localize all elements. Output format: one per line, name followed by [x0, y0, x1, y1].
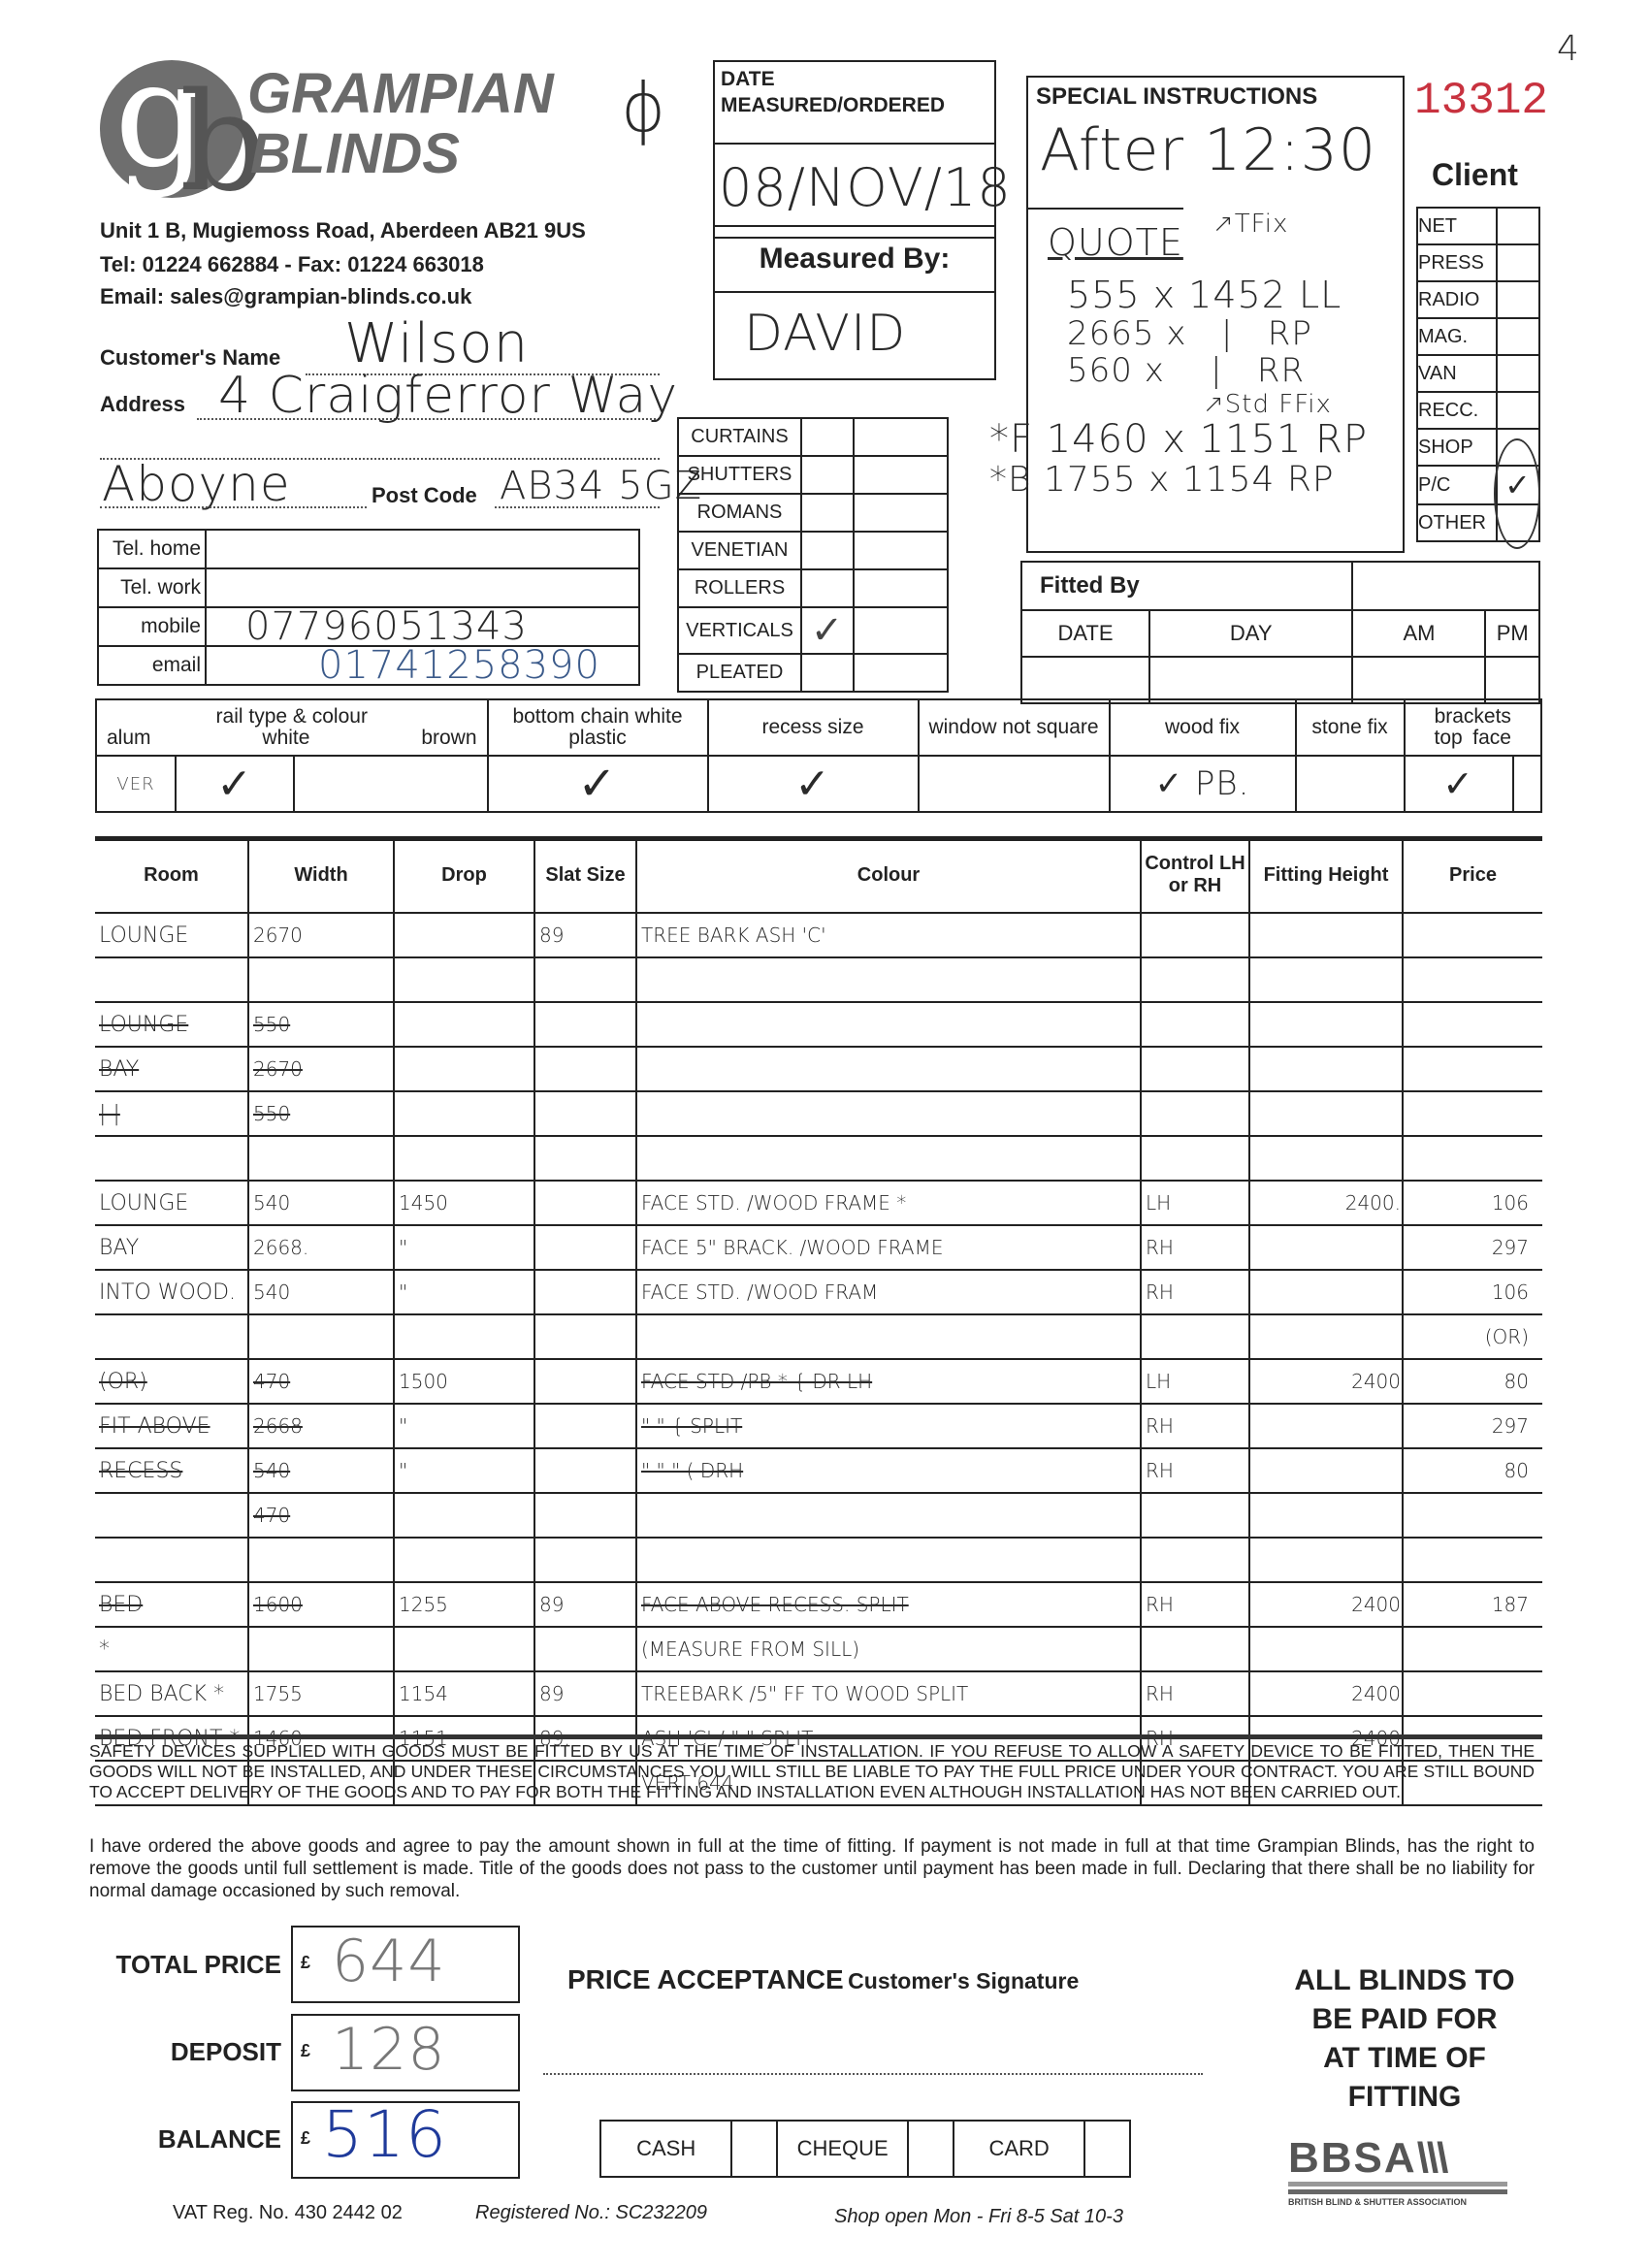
- client-radio-label: RADIO: [1417, 281, 1497, 318]
- colour-cell[interactable]: " " { SPLIT: [636, 1404, 1141, 1448]
- special-instructions-label: SPECIAL INSTRUCTIONS: [1028, 78, 1403, 116]
- slat-size-cell[interactable]: [534, 1225, 636, 1270]
- fitted-by-field[interactable]: [1352, 562, 1539, 610]
- notice-line: FITTING: [1230, 2078, 1579, 2117]
- slat-size-cell[interactable]: 89: [534, 913, 636, 957]
- fitting-height-cell[interactable]: [1249, 1047, 1403, 1091]
- product-verticals-box[interactable]: ✓: [801, 607, 854, 654]
- wood-fix-box[interactable]: ✓ PB.: [1110, 756, 1296, 812]
- brackets-header: brackets top face: [1405, 699, 1541, 756]
- client-pc-label: P/C: [1417, 466, 1497, 504]
- colour-cell[interactable]: [636, 1314, 1141, 1359]
- price-acceptance: PRICE ACCEPTANCE Customer's Signature: [567, 1964, 1079, 1995]
- rail-white-box[interactable]: ✓: [176, 756, 294, 812]
- drop-cell[interactable]: ": [394, 1270, 534, 1314]
- colour-cell[interactable]: FACE STD /PB * { DR LH: [636, 1359, 1141, 1404]
- product-shutters-label: SHUTTERS: [678, 456, 801, 494]
- slat-size-cell[interactable]: [534, 1538, 636, 1582]
- product-type-table: CURTAINS SHUTTERS ROMANS VENETIAN ROLLER…: [677, 417, 949, 693]
- colour-cell[interactable]: [636, 957, 1141, 1002]
- drop-cell[interactable]: 1500: [394, 1359, 534, 1404]
- drop-cell[interactable]: 1450: [394, 1181, 534, 1225]
- room-cell[interactable]: [95, 957, 248, 1002]
- colour-cell[interactable]: [636, 1002, 1141, 1047]
- note-line: ↗TFix: [1212, 210, 1288, 239]
- slat-size-cell[interactable]: [534, 1047, 636, 1091]
- client-press-label: PRESS: [1417, 244, 1497, 281]
- safety-terms: SAFETY DEVICES SUPPLIED WITH GOODS MUST …: [89, 1741, 1535, 1802]
- drop-cell[interactable]: 1255: [394, 1582, 534, 1627]
- room-cell[interactable]: [95, 1538, 248, 1582]
- fitting-height-cell[interactable]: [1249, 1002, 1403, 1047]
- width-cell[interactable]: 550: [248, 1002, 394, 1047]
- colour-cell[interactable]: " " " ( DRH: [636, 1448, 1141, 1493]
- colour-cell[interactable]: [636, 1047, 1141, 1091]
- slat-size-cell[interactable]: [534, 1181, 636, 1225]
- drop-cell[interactable]: [394, 913, 534, 957]
- width-cell[interactable]: 540: [248, 1448, 394, 1493]
- table-row: (OR)4701500FACE STD /PB * { DR LHLH24008…: [95, 1359, 1542, 1404]
- quote-label: QUOTE: [1048, 221, 1183, 264]
- product-shutters-box[interactable]: [801, 456, 854, 494]
- room-cell[interactable]: INTO WOOD.: [95, 1270, 248, 1314]
- customer-signature-label: Customer's Signature: [848, 1968, 1079, 1993]
- colour-cell[interactable]: FACE 5" BRACK. /WOOD FRAME: [636, 1225, 1141, 1270]
- room-cell[interactable]: LOUNGE: [95, 1181, 248, 1225]
- slat-size-cell[interactable]: [534, 1091, 636, 1136]
- fitting-height-cell[interactable]: 2400: [1249, 1671, 1403, 1716]
- table-row: [95, 1136, 1542, 1181]
- width-cell[interactable]: 470: [248, 1493, 394, 1538]
- payment-cash-box[interactable]: [731, 2121, 777, 2177]
- colour-cell[interactable]: FACE STD. /WOOD FRAME *: [636, 1181, 1141, 1225]
- drop-cell[interactable]: [394, 1538, 534, 1582]
- colour-cell[interactable]: [636, 1538, 1141, 1582]
- width-cell[interactable]: [248, 1136, 394, 1181]
- bottom-chain-box[interactable]: ✓: [488, 756, 708, 812]
- table-row: LOUNGE550: [95, 1002, 1542, 1047]
- control-cell[interactable]: RH: [1141, 1225, 1249, 1270]
- balance-value: 516: [322, 2097, 447, 2172]
- total-currency: £: [301, 1953, 310, 1973]
- slat-size-cell[interactable]: [534, 1270, 636, 1314]
- width-cell[interactable]: 2668.: [248, 1225, 394, 1270]
- special-instructions-notes[interactable]: QUOTE ↗TFix 555 x 1452 LL 2665 x | RP 56…: [1028, 210, 1403, 501]
- price-cell[interactable]: 80: [1403, 1448, 1542, 1493]
- slat-size-cell[interactable]: 89: [534, 1671, 636, 1716]
- address-line-2: [100, 506, 367, 508]
- fitting-height-cell[interactable]: [1249, 1225, 1403, 1270]
- control-cell[interactable]: RH: [1141, 1582, 1249, 1627]
- company-tel-fax: Tel: 01224 662884 - Fax: 01224 663018: [100, 252, 484, 277]
- company-email: Email: sales@grampian-blinds.co.uk: [100, 284, 471, 309]
- rail-white-label: white: [262, 728, 309, 749]
- slat-size-cell[interactable]: [534, 1136, 636, 1181]
- room-cell[interactable]: BAY: [95, 1047, 248, 1091]
- signature-line[interactable]: [543, 2073, 1203, 2075]
- note-line: ↗Std FFix: [1203, 390, 1332, 419]
- window-not-square-box[interactable]: [919, 756, 1110, 812]
- client-pc-circle: [1494, 438, 1540, 549]
- order-number: 13312: [1414, 76, 1548, 126]
- control-cell[interactable]: LH: [1141, 1359, 1249, 1404]
- note-line: *F 1460 x 1151 RP: [989, 417, 1368, 462]
- product-rollers-box[interactable]: [801, 569, 854, 607]
- deposit-box[interactable]: £ 128: [291, 2014, 520, 2091]
- room-cell[interactable]: [95, 1136, 248, 1181]
- table-row: LOUNGE267089TREE BARK ASH 'C': [95, 913, 1542, 957]
- fitting-height-cell[interactable]: [1249, 1091, 1403, 1136]
- postcode-field[interactable]: AB34 5GZ: [500, 464, 702, 508]
- client-mag-label: MAG.: [1417, 318, 1497, 355]
- order-table: Room Width Drop Slat Size Colour Control…: [95, 836, 1542, 1806]
- drop-cell[interactable]: [394, 1493, 534, 1538]
- client-van-box[interactable]: [1497, 355, 1539, 392]
- colour-cell[interactable]: (MEASURE FROM SILL): [636, 1627, 1141, 1671]
- width-cell[interactable]: 470: [248, 1359, 394, 1404]
- width-cell[interactable]: 540: [248, 1181, 394, 1225]
- control-cell[interactable]: LH: [1141, 1181, 1249, 1225]
- drop-cell[interactable]: ": [394, 1225, 534, 1270]
- price-cell[interactable]: [1403, 1671, 1542, 1716]
- drop-cell[interactable]: [394, 957, 534, 1002]
- date-box: DATE MEASURED/ORDERED 08/NOV/18: [713, 60, 996, 239]
- deposit-currency: £: [301, 2041, 310, 2061]
- control-cell[interactable]: RH: [1141, 1671, 1249, 1716]
- date-field[interactable]: 08/NOV/18: [715, 145, 994, 232]
- fitting-height-cell[interactable]: [1249, 1538, 1403, 1582]
- mobile-label: mobile: [98, 607, 206, 646]
- width-cell[interactable]: [248, 1314, 394, 1359]
- price-cell[interactable]: 187: [1403, 1582, 1542, 1627]
- total-price-label: TOTAL PRICE: [87, 1950, 281, 1980]
- table-row: | |550: [95, 1091, 1542, 1136]
- control-cell[interactable]: [1141, 1627, 1249, 1671]
- price-cell[interactable]: (OR): [1403, 1314, 1542, 1359]
- table-row: (OR): [95, 1314, 1542, 1359]
- slat-size-cell[interactable]: [534, 1359, 636, 1404]
- measured-by-field[interactable]: DAVID: [715, 293, 994, 374]
- notice-line: BE PAID FOR: [1230, 2000, 1579, 2039]
- product-curtains-label: CURTAINS: [678, 418, 801, 456]
- deposit-value: 128: [332, 2016, 446, 2084]
- fitted-am-field[interactable]: [1352, 657, 1485, 703]
- control-cell[interactable]: [1141, 957, 1249, 1002]
- fitting-height-cell[interactable]: [1249, 1136, 1403, 1181]
- price-cell[interactable]: 297: [1403, 1225, 1542, 1270]
- slat-size-cell[interactable]: [534, 1448, 636, 1493]
- room-cell[interactable]: [95, 1493, 248, 1538]
- width-cell[interactable]: 540: [248, 1270, 394, 1314]
- brackets-top-box[interactable]: ✓: [1405, 756, 1513, 812]
- slat-size-cell[interactable]: [534, 1404, 636, 1448]
- control-cell[interactable]: [1141, 1538, 1249, 1582]
- drop-cell[interactable]: [394, 1627, 534, 1671]
- price-cell[interactable]: [1403, 1047, 1542, 1091]
- price-cell[interactable]: [1403, 1493, 1542, 1538]
- note-line: 560 x | RR: [1067, 351, 1305, 390]
- room-cell[interactable]: [95, 1314, 248, 1359]
- email-label: email: [98, 646, 206, 685]
- fitted-am-label: AM: [1352, 610, 1485, 657]
- width-cell[interactable]: [248, 957, 394, 1002]
- product-venetian-label: VENETIAN: [678, 532, 801, 569]
- fitting-height-cell[interactable]: [1249, 1270, 1403, 1314]
- control-cell[interactable]: RH: [1141, 1270, 1249, 1314]
- price-cell[interactable]: [1403, 1627, 1542, 1671]
- fitted-date-field[interactable]: [1021, 657, 1149, 703]
- col-colour: Colour: [636, 837, 1141, 913]
- price-cell[interactable]: 106: [1403, 1270, 1542, 1314]
- agreement-terms: I have ordered the above goods and agree…: [89, 1835, 1535, 1902]
- price-cell[interactable]: 106: [1403, 1181, 1542, 1225]
- col-width: Width: [248, 837, 394, 913]
- room-cell[interactable]: BED: [95, 1582, 248, 1627]
- payment-cash-label: CASH: [600, 2121, 731, 2177]
- room-cell[interactable]: BED BACK *: [95, 1671, 248, 1716]
- product-pleated-label: PLEATED: [678, 654, 801, 692]
- payment-method-table: CASH CHEQUE CARD: [599, 2120, 1131, 2178]
- colour-cell[interactable]: TREE BARK ASH 'C': [636, 913, 1141, 957]
- price-cell[interactable]: [1403, 1002, 1542, 1047]
- address-label: Address: [100, 392, 185, 417]
- width-cell[interactable]: 2670: [248, 1047, 394, 1091]
- client-net-box[interactable]: [1497, 208, 1539, 244]
- postcode-label: Post Code: [372, 483, 477, 508]
- fitting-height-cell[interactable]: 2400.: [1249, 1181, 1403, 1225]
- bbsa-logo-text: BBSA\\\: [1288, 2139, 1507, 2178]
- drop-cell[interactable]: [394, 1314, 534, 1359]
- fitted-pm-field[interactable]: [1485, 657, 1539, 703]
- table-row: BAY2668."FACE 5" BRACK. /WOOD FRAMERH297: [95, 1225, 1542, 1270]
- control-cell[interactable]: RH: [1141, 1448, 1249, 1493]
- client-press-box[interactable]: [1497, 244, 1539, 281]
- table-row: INTO WOOD.540"FACE STD. /WOOD FRAMRH106: [95, 1270, 1542, 1314]
- brackets-face-label: face: [1472, 728, 1511, 749]
- contact-table: Tel. home Tel. work mobile 07796051343 e…: [97, 529, 640, 686]
- order-table-bottom-rule: [95, 1734, 1542, 1739]
- fitting-height-cell[interactable]: [1249, 913, 1403, 957]
- special-instructions-time[interactable]: After 12:30: [1028, 116, 1403, 184]
- options-table: rail type & colour alum white brown bott…: [95, 698, 1542, 813]
- brackets-face-box[interactable]: [1513, 756, 1541, 812]
- price-cell[interactable]: 297: [1403, 1404, 1542, 1448]
- price-cell[interactable]: [1403, 1091, 1542, 1136]
- price-cell[interactable]: [1403, 957, 1542, 1002]
- price-cell[interactable]: [1403, 913, 1542, 957]
- colour-cell[interactable]: [636, 1091, 1141, 1136]
- width-cell[interactable]: 1600: [248, 1582, 394, 1627]
- registered-number: Registered No.: SC232209: [475, 2202, 707, 2224]
- slat-size-cell[interactable]: [534, 957, 636, 1002]
- room-cell[interactable]: | |: [95, 1091, 248, 1136]
- balance-label: BALANCE: [87, 2124, 281, 2155]
- colour-cell[interactable]: FACE ABOVE RECESS. SPLIT: [636, 1582, 1141, 1627]
- payment-card-label: CARD: [954, 2121, 1084, 2177]
- balance-box[interactable]: £ 516: [291, 2101, 520, 2179]
- page-number: 4: [1557, 29, 1580, 69]
- tel-work-label: Tel. work: [98, 568, 206, 607]
- colour-cell[interactable]: [636, 1493, 1141, 1538]
- product-verticals-label: VERTICALS: [678, 607, 801, 654]
- client-shop-label: SHOP: [1417, 429, 1497, 466]
- fitting-height-cell[interactable]: [1249, 1314, 1403, 1359]
- fitting-height-cell[interactable]: [1249, 1448, 1403, 1493]
- drop-cell[interactable]: 1154: [394, 1671, 534, 1716]
- width-cell[interactable]: 1755: [248, 1671, 394, 1716]
- product-venetian-box[interactable]: [801, 532, 854, 569]
- deposit-label: DEPOSIT: [87, 2037, 281, 2067]
- control-cell[interactable]: [1141, 1136, 1249, 1181]
- table-row: [95, 1538, 1542, 1582]
- total-price-value: 644: [332, 1928, 446, 1995]
- width-cell[interactable]: 2670: [248, 913, 394, 957]
- rail-type-header: rail type & colour alum white brown: [96, 699, 488, 756]
- payment-card-box[interactable]: [1084, 2121, 1130, 2177]
- control-cell[interactable]: RH: [1141, 1404, 1249, 1448]
- table-row: *(MEASURE FROM SILL): [95, 1627, 1542, 1671]
- drop-cell[interactable]: ": [394, 1404, 534, 1448]
- fitted-pm-label: PM: [1485, 610, 1539, 657]
- col-fitting-height: Fitting Height: [1249, 837, 1403, 913]
- fitting-height-cell[interactable]: [1249, 1627, 1403, 1671]
- colour-cell[interactable]: TREEBARK /5" FF TO WOOD SPLIT: [636, 1671, 1141, 1716]
- drop-cell[interactable]: [394, 1002, 534, 1047]
- table-row: BAY2670: [95, 1047, 1542, 1091]
- room-cell[interactable]: (OR): [95, 1359, 248, 1404]
- fitting-height-cell[interactable]: 2400: [1249, 1359, 1403, 1404]
- email-field[interactable]: 01741258390: [206, 646, 639, 685]
- notice-line: AT TIME OF: [1230, 2039, 1579, 2078]
- table-row: LOUNGE5401450FACE STD. /WOOD FRAME *LH24…: [95, 1181, 1542, 1225]
- fitting-height-cell[interactable]: [1249, 1493, 1403, 1538]
- product-romans-box[interactable]: [801, 494, 854, 532]
- control-cell[interactable]: [1141, 1493, 1249, 1538]
- slat-size-cell[interactable]: [534, 1627, 636, 1671]
- rail-type-label: rail type & colour: [97, 706, 487, 728]
- product-curtains-box[interactable]: [801, 418, 854, 456]
- measured-by-box: Measured By: DAVID: [713, 225, 996, 380]
- bbsa-logo: BBSA\\\ BRITISH BLIND & SHUTTER ASSOCIAT…: [1288, 2139, 1507, 2207]
- address-field-line1[interactable]: 4 Craigferror Way: [218, 367, 678, 425]
- recess-size-box[interactable]: ✓: [708, 756, 919, 812]
- control-cell[interactable]: [1141, 1314, 1249, 1359]
- price-cell[interactable]: 80: [1403, 1359, 1542, 1404]
- col-room: Room: [95, 837, 248, 913]
- price-cell[interactable]: [1403, 1136, 1542, 1181]
- tel-work-field[interactable]: [206, 568, 639, 607]
- fitting-height-cell[interactable]: [1249, 957, 1403, 1002]
- room-cell[interactable]: RECESS: [95, 1448, 248, 1493]
- table-row: RECESS540"" " " ( DRHRH80: [95, 1448, 1542, 1493]
- rail-alum-label: alum: [107, 728, 151, 749]
- rail-brown-label: brown: [421, 728, 476, 749]
- fitted-by-table: Fitted By DATE DAY AM PM: [1020, 561, 1540, 704]
- drop-cell[interactable]: ": [394, 1448, 534, 1493]
- shop-hours: Shop open Mon - Fri 8-5 Sat 10-3: [834, 2206, 1123, 2228]
- room-cell[interactable]: FIT ABOVE: [95, 1404, 248, 1448]
- window-not-square-label: window not square: [919, 699, 1110, 756]
- col-price: Price: [1403, 837, 1542, 913]
- payment-cheque-box[interactable]: [908, 2121, 954, 2177]
- client-other-label: OTHER: [1417, 504, 1497, 541]
- drop-cell[interactable]: [394, 1091, 534, 1136]
- colour-cell[interactable]: FACE STD. /WOOD FRAM: [636, 1270, 1141, 1314]
- company-name-line1: GRAMPIAN: [247, 66, 554, 122]
- client-mag-box[interactable]: [1497, 318, 1539, 355]
- wood-fix-label: wood fix: [1110, 699, 1296, 756]
- slat-size-cell[interactable]: [534, 1493, 636, 1538]
- slat-size-cell[interactable]: [534, 1314, 636, 1359]
- rail-brown-box[interactable]: [294, 756, 488, 812]
- col-slat-size: Slat Size: [534, 837, 636, 913]
- brackets-top-label: top: [1435, 728, 1463, 749]
- fitted-by-label: Fitted By: [1021, 562, 1352, 610]
- fitted-date-label: DATE: [1021, 610, 1149, 657]
- control-cell[interactable]: [1141, 1002, 1249, 1047]
- vat-number: VAT Reg. No. 430 2442 02: [173, 2202, 403, 2224]
- col-control: Control LH or RH: [1141, 837, 1249, 913]
- slat-size-cell[interactable]: 89: [534, 1582, 636, 1627]
- price-cell[interactable]: [1403, 1538, 1542, 1582]
- client-van-label: VAN: [1417, 355, 1497, 392]
- address-field-line2[interactable]: Aboyne: [102, 456, 291, 512]
- table-row: 470: [95, 1493, 1542, 1538]
- drop-cell[interactable]: [394, 1136, 534, 1181]
- measured-by-label: Measured By:: [715, 227, 994, 293]
- total-price-box[interactable]: £ 644: [291, 1926, 520, 2003]
- slat-size-cell[interactable]: [534, 1002, 636, 1047]
- payment-cheque-label: CHEQUE: [777, 2121, 908, 2177]
- tel-home-field[interactable]: [206, 530, 639, 568]
- width-cell[interactable]: [248, 1627, 394, 1671]
- room-cell[interactable]: BAY: [95, 1225, 248, 1270]
- fitted-day-field[interactable]: [1149, 657, 1352, 703]
- control-cell[interactable]: [1141, 1091, 1249, 1136]
- note-line: 2665 x | RP: [1067, 314, 1312, 353]
- drop-cell[interactable]: [394, 1047, 534, 1091]
- width-cell[interactable]: 550: [248, 1091, 394, 1136]
- notice-line: ALL BLINDS TO: [1230, 1961, 1579, 2000]
- width-cell[interactable]: 2668: [248, 1404, 394, 1448]
- table-row: BED BACK *1755115489TREEBARK /5" FF TO W…: [95, 1671, 1542, 1716]
- fitting-height-cell[interactable]: [1249, 1404, 1403, 1448]
- fitted-day-label: DAY: [1149, 610, 1352, 657]
- company-name-line2: BLINDS: [250, 126, 460, 182]
- stone-fix-box[interactable]: [1296, 756, 1405, 812]
- fitting-height-cell[interactable]: 2400: [1249, 1582, 1403, 1627]
- table-row: FIT ABOVE2668"" " { SPLITRH297: [95, 1404, 1542, 1448]
- client-radio-box[interactable]: [1497, 281, 1539, 318]
- date-label-line2: MEASURED/ORDERED: [721, 92, 988, 118]
- rail-alum-box[interactable]: VER: [96, 756, 176, 812]
- product-pleated-box[interactable]: [801, 654, 854, 692]
- balance-currency: £: [301, 2128, 310, 2149]
- price-acceptance-title: PRICE ACCEPTANCE: [567, 1964, 844, 1994]
- room-cell[interactable]: *: [95, 1627, 248, 1671]
- room-cell[interactable]: LOUNGE: [95, 1002, 248, 1047]
- room-cell[interactable]: LOUNGE: [95, 913, 248, 957]
- control-cell[interactable]: [1141, 1047, 1249, 1091]
- brackets-label: brackets: [1406, 706, 1540, 728]
- colour-cell[interactable]: [636, 1136, 1141, 1181]
- width-cell[interactable]: [248, 1538, 394, 1582]
- mobile-field[interactable]: 07796051343: [206, 607, 639, 646]
- client-recc-box[interactable]: [1497, 392, 1539, 429]
- product-romans-label: ROMANS: [678, 494, 801, 532]
- control-cell[interactable]: [1141, 913, 1249, 957]
- client-label: Client: [1432, 157, 1518, 193]
